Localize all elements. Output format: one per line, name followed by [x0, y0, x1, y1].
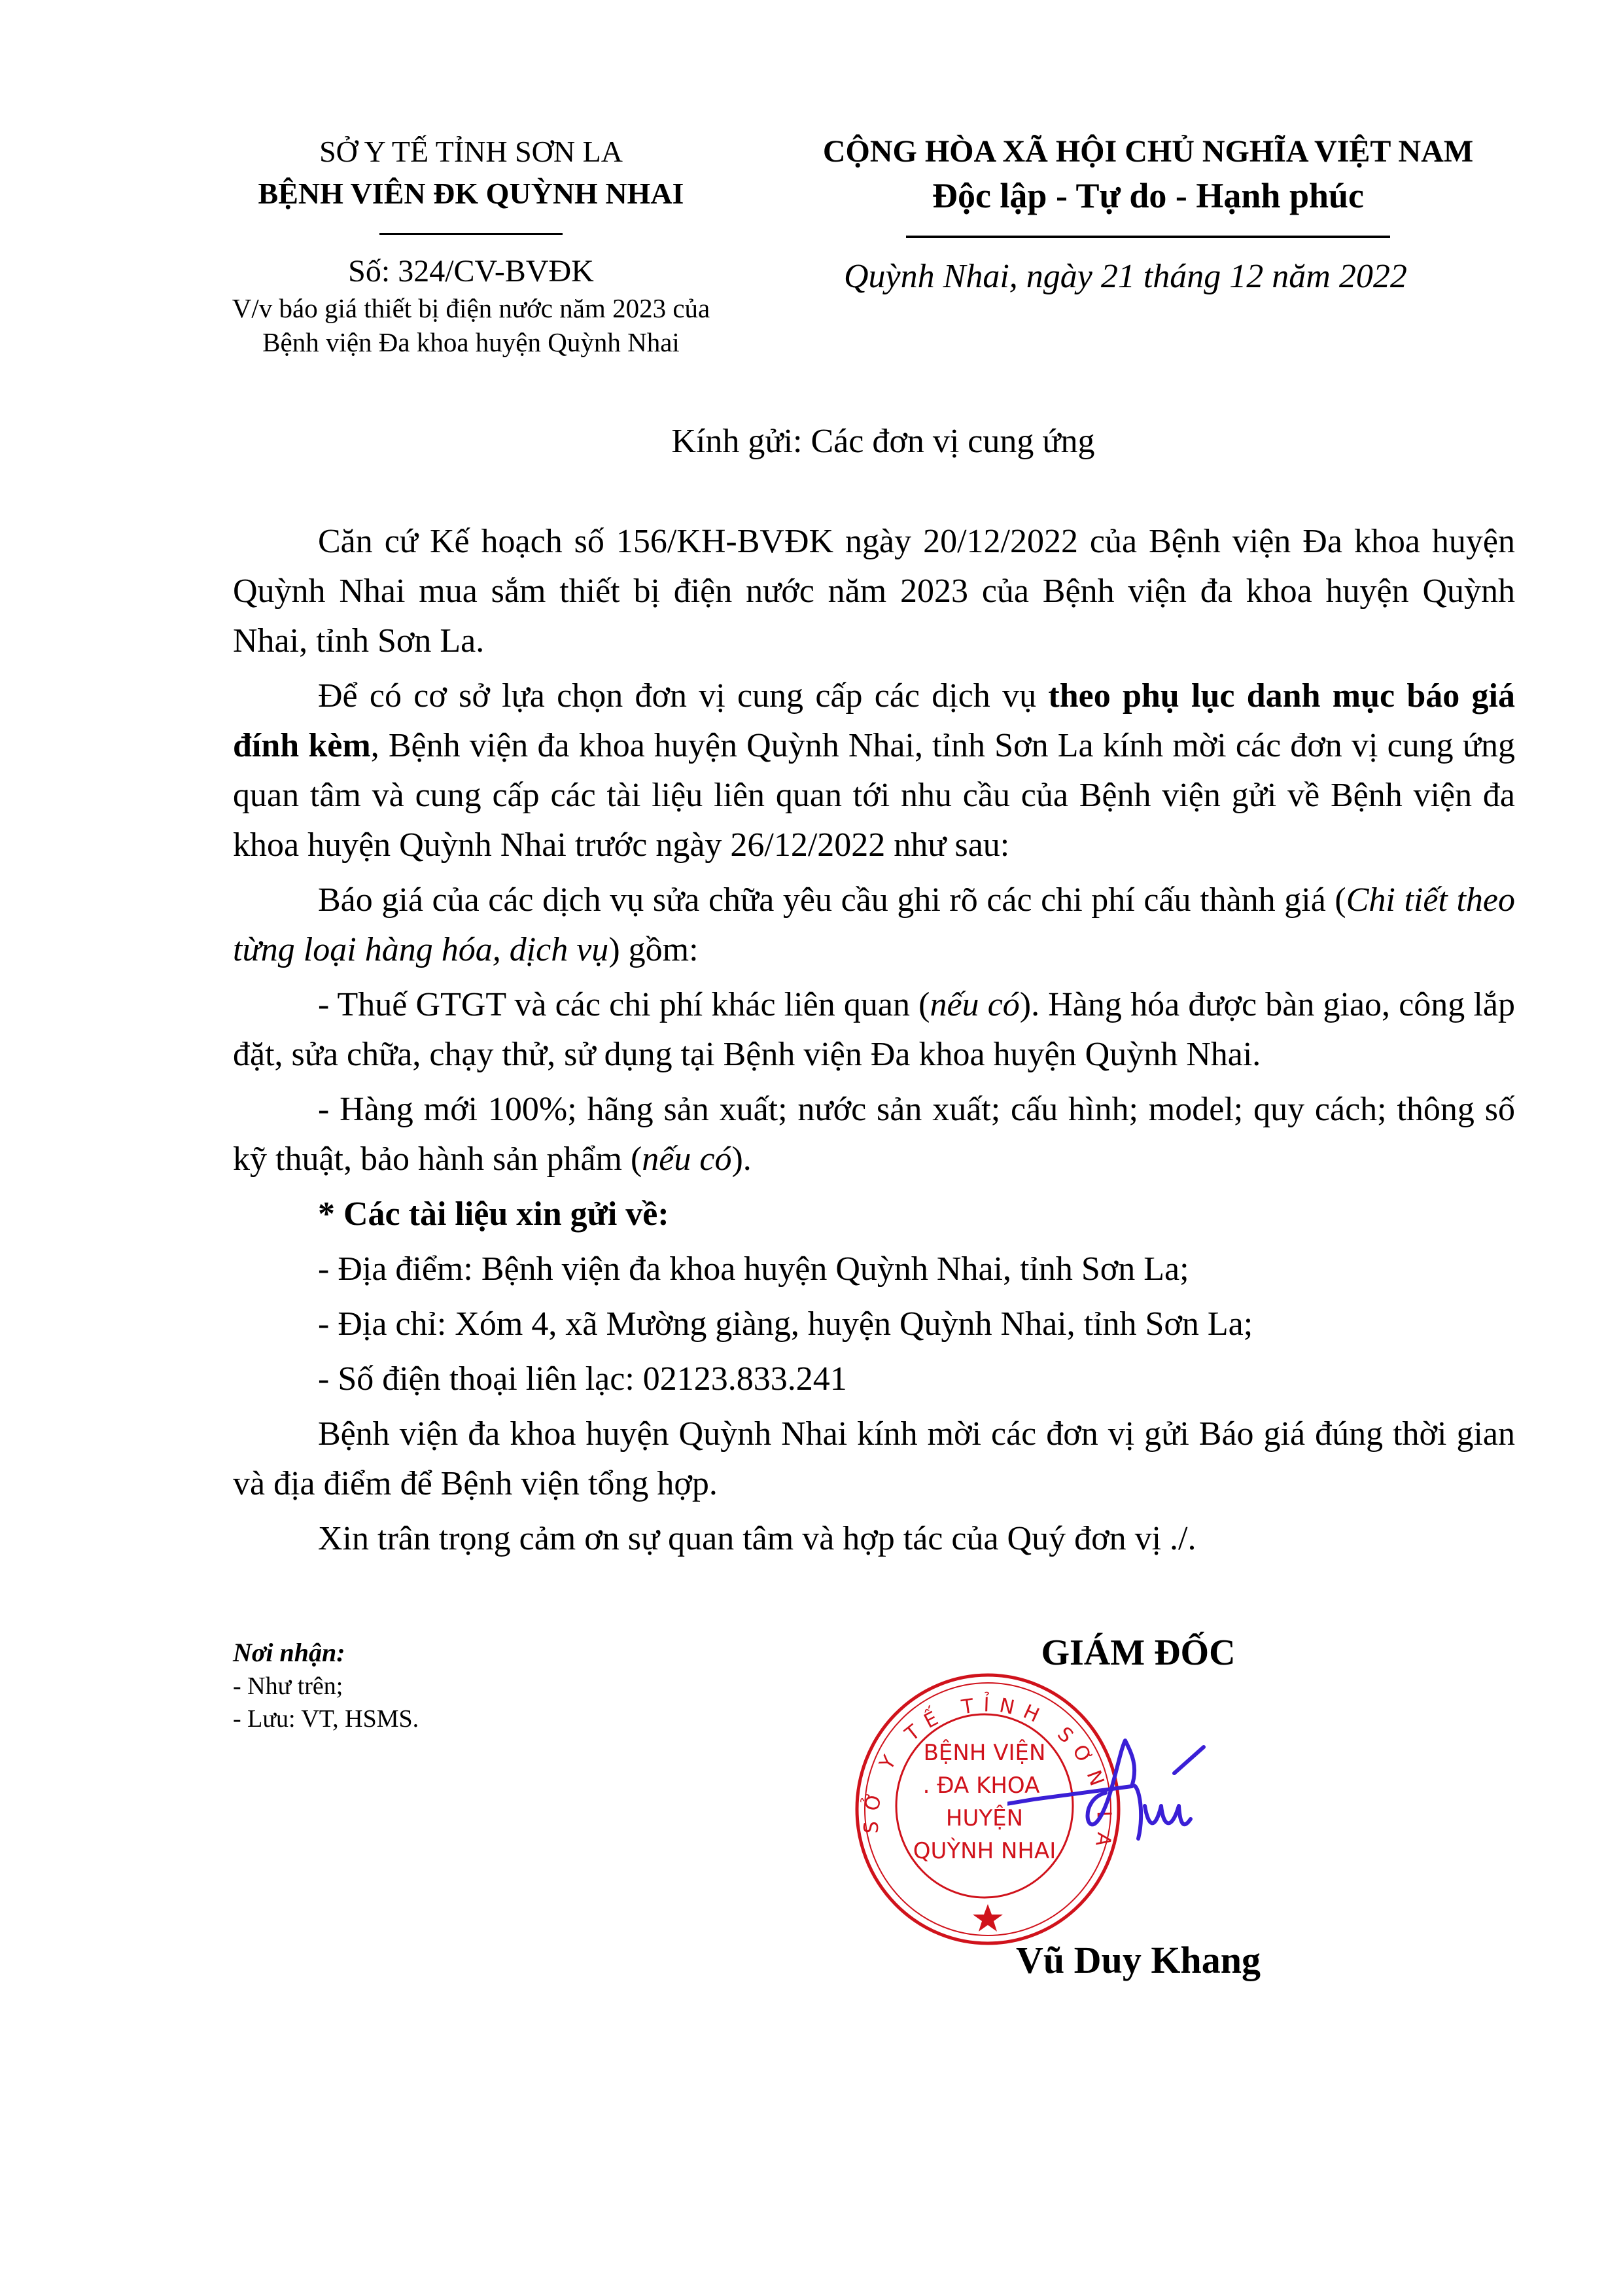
letter-body: Căn cứ Kế hoạch số 156/KH-BVĐK ngày 20/1… [233, 517, 1515, 1569]
signer-name: Vũ Duy Khang [968, 1937, 1308, 1984]
requirement-goods: - Hàng mới 100%; hãng sản xuất; nước sản… [233, 1085, 1515, 1184]
submission-location: - Địa điểm: Bệnh viện đa khoa huyện Quỳn… [233, 1245, 1515, 1294]
documents-heading: * Các tài liệu xin gửi về: [233, 1190, 1515, 1239]
paragraph-quote-requirements: Báo giá của các dịch vụ sửa chữa yêu cầu… [233, 875, 1515, 975]
national-header: CỘNG HÒA XÃ HỘI CHỦ NGHĨA VIỆT NAM Độc l… [765, 131, 1531, 300]
handwritten-signature-icon [1007, 1727, 1282, 1858]
place-date: Quỳnh Nhai, ngày 21 tháng 12 năm 2022 [765, 254, 1531, 300]
country-name: CỘNG HÒA XÃ HỘI CHỦ NGHĨA VIỆT NAM [765, 131, 1531, 173]
department-name: SỞ Y TẾ TỈNH SƠN LA [196, 131, 746, 173]
paragraph-closing: Xin trân trọng cảm ơn sự quan tâm và hợp… [233, 1514, 1515, 1564]
paragraph-request: Bệnh viện đa khoa huyện Quỳnh Nhai kính … [233, 1409, 1515, 1509]
addressee: Kính gửi: Các đơn vị cung ứng [196, 419, 1570, 465]
submission-address: - Địa chỉ: Xóm 4, xã Mường giàng, huyện … [233, 1299, 1515, 1349]
subject-line-2: Bệnh viện Đa khoa huyện Quỳnh Nhai [196, 325, 746, 359]
requirement-tax: - Thuế GTGT và các chi phí khác liên qua… [233, 980, 1515, 1080]
recipients-block: Nơi nhận: - Như trên; - Lưu: VT, HSMS. [233, 1636, 691, 1735]
paragraph-basis: Căn cứ Kế hoạch số 156/KH-BVĐK ngày 20/1… [233, 517, 1515, 666]
issuer-divider [379, 233, 563, 235]
recipient-item: - Như trên; [233, 1670, 691, 1703]
recipients-title: Nơi nhận: [233, 1636, 691, 1670]
document-number: Số: 324/CV-BVĐK [196, 252, 746, 291]
paragraph-invitation: Để có cơ sở lựa chọn đơn vị cung cấp các… [233, 671, 1515, 870]
motto-divider [906, 236, 1390, 238]
issuer-block: SỞ Y TẾ TỈNH SƠN LA BỆNH VIÊN ĐK QUỲNH N… [196, 131, 746, 359]
contact-phone: - Số điện thoại liên lạc: 02123.833.241 [233, 1354, 1515, 1404]
recipient-item: - Lưu: VT, HSMS. [233, 1703, 691, 1735]
national-motto: Độc lập - Tự do - Hạnh phúc [765, 173, 1531, 219]
subject-line-1: V/v báo giá thiết bị điện nước năm 2023 … [196, 291, 746, 325]
hospital-name: BỆNH VIÊN ĐK QUỲNH NHAI [196, 173, 746, 215]
